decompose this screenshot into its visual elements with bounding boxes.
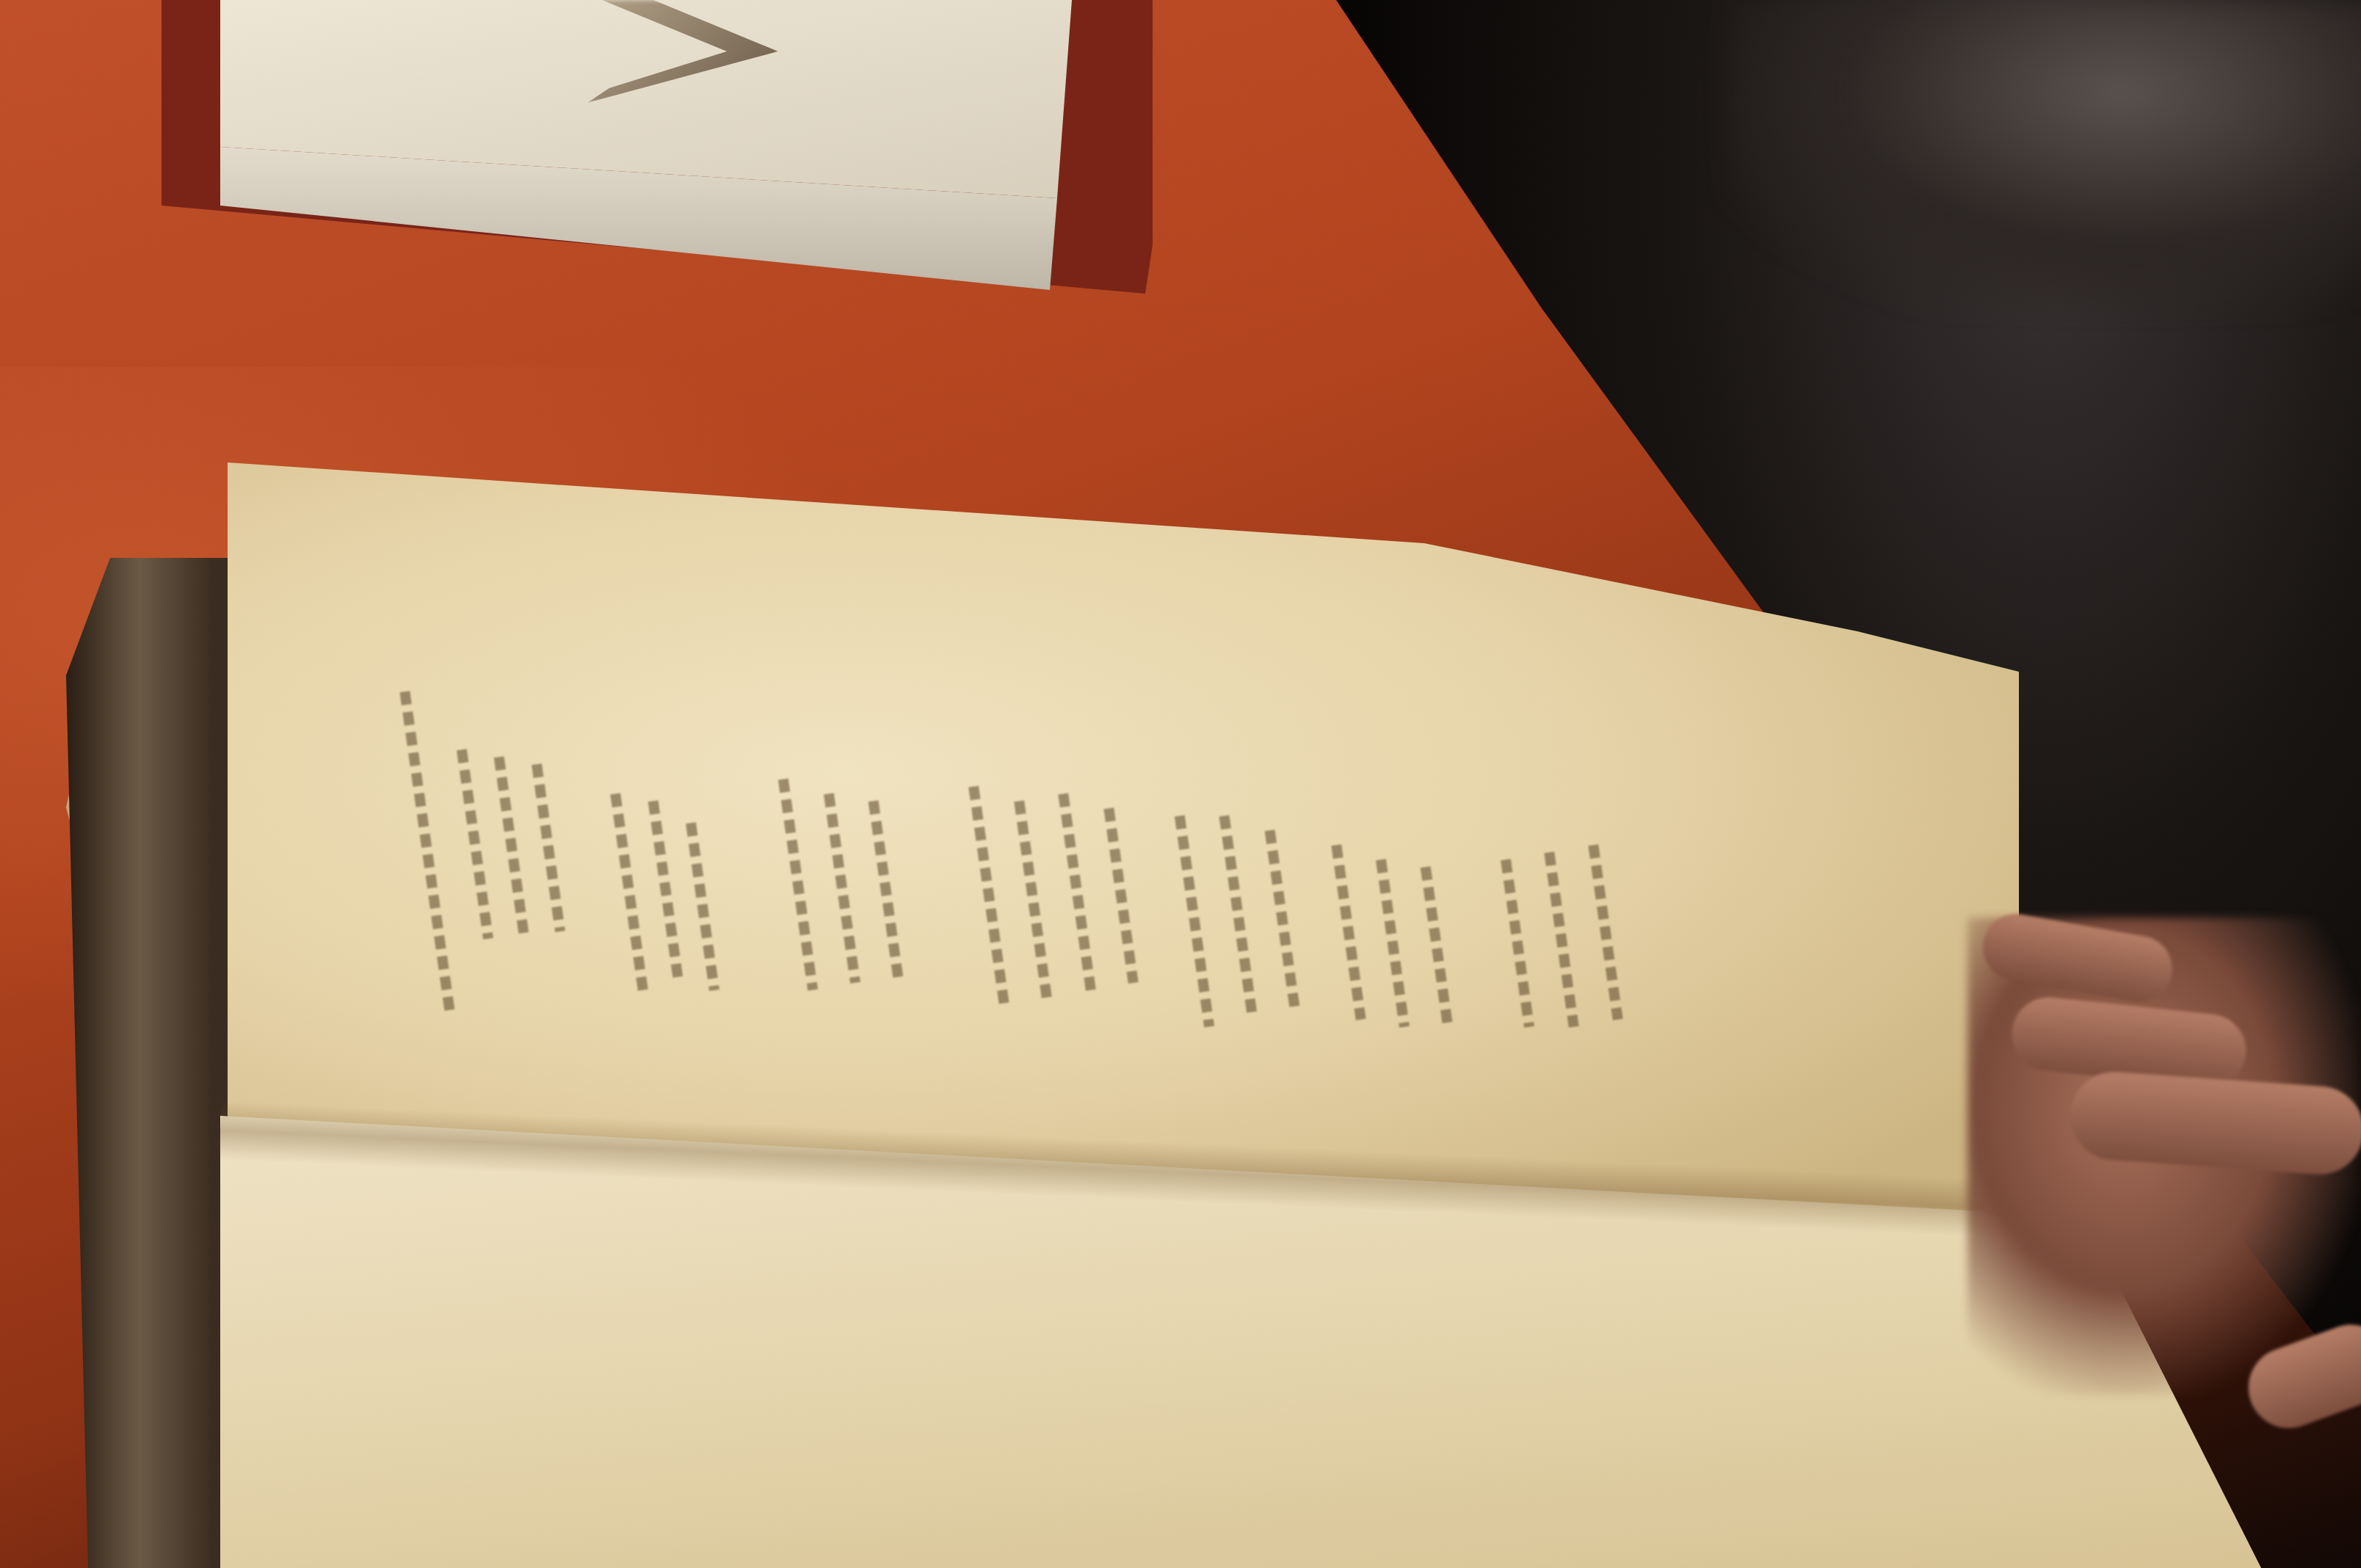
photo-scene: Close-up photograph of an open medieval … xyxy=(0,0,2361,1568)
blurred-person xyxy=(1725,0,2361,308)
